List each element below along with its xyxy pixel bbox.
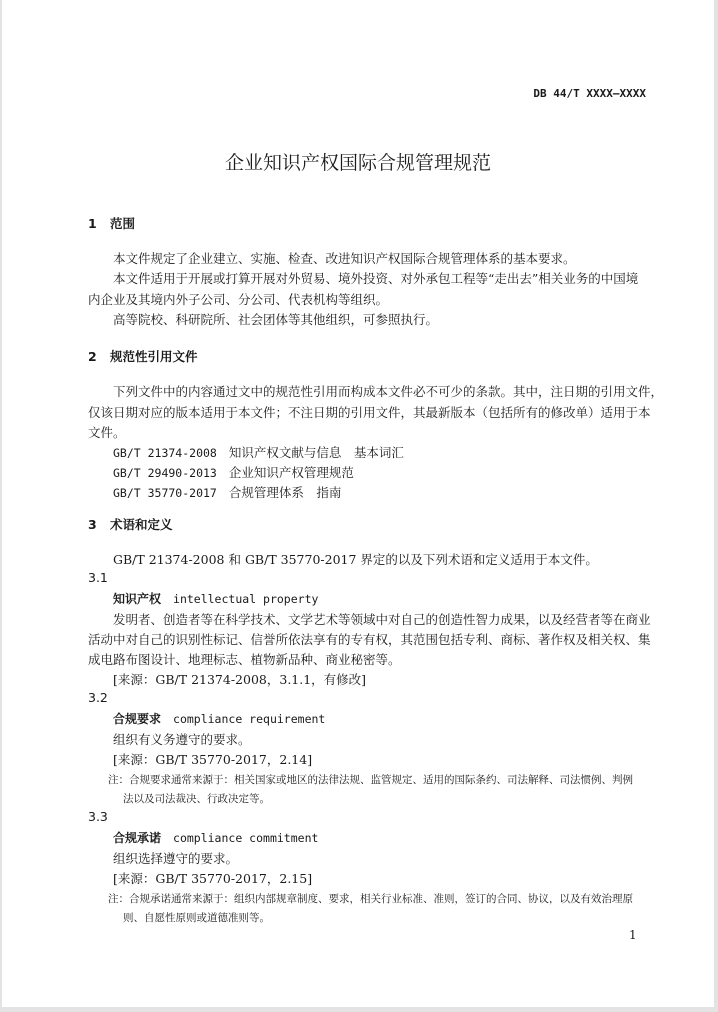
reference-item: GB/T 21374-2008知识产权文献与信息 基本词汇 <box>113 443 404 461</box>
term-zh: 知识产权 <box>113 592 161 606</box>
reference-title: 知识产权文献与信息 基本词汇 <box>229 445 404 460</box>
term-note: 注：合规承诺通常来源于：组织内部规章制度、要求，相关行业标准、准则，签订的合同、… <box>108 891 633 906</box>
term-source: [来源：GB/T 35770-2017，2.15] <box>113 869 312 887</box>
definition-continued: 活动中对自己的识别性标记、信誉所依法享有的专有权，其范围包括专利、商标、著作权及… <box>88 630 651 648</box>
section-heading-normative-references: 2规范性引用文件 <box>88 347 198 365</box>
standard-number: DB 44/T XXXX—XXXX <box>533 87 646 100</box>
term-source: [来源：GB/T 35770-2017，2.14] <box>113 750 312 768</box>
definition: 组织有义务遵守的要求。 <box>113 730 251 748</box>
term-en: intellectual property <box>173 592 318 606</box>
reference-title: 合规管理体系 指南 <box>229 485 342 500</box>
paragraph-continued: 内企业及其境内外子公司、分公司、代表机构等组织。 <box>88 290 388 308</box>
reference-code: GB/T 21374-2008 <box>113 446 217 460</box>
term-heading: 合规承诺compliance commitment <box>113 829 318 846</box>
reference-item: GB/T 29490-2013企业知识产权管理规范 <box>113 463 354 481</box>
paragraph-continued: 文件。 <box>88 423 126 441</box>
section-number: 3 <box>88 517 110 532</box>
section-number: 1 <box>88 216 110 231</box>
term-zh: 合规承诺 <box>113 831 161 845</box>
term-zh: 合规要求 <box>113 712 161 726</box>
term-note-continued: 法以及司法裁决、行政决定等。 <box>123 791 270 806</box>
paragraph: 本文件适用于开展或打算开展对外贸易、境外投资、对外承包工程等“走出去”相关业务的… <box>113 269 638 287</box>
paragraph: GB/T 21374-2008 和 GB/T 35770-2017 界定的以及下… <box>113 550 598 568</box>
definition-continued: 成电路布图设计、地理标志、植物新品种、商业秘密等。 <box>88 650 401 668</box>
paragraph-continued: 仅该日期对应的版本适用于本文件；不注日期的引用文件，其最新版本（包括所有的修改单… <box>88 403 651 421</box>
section-title: 术语和定义 <box>110 517 173 532</box>
section-heading-scope: 1范围 <box>88 214 135 232</box>
term-heading: 合规要求compliance requirement <box>113 710 325 727</box>
document-page: DB 44/T XXXX—XXXX 企业知识产权国际合规管理规范 1范围 本文件… <box>2 0 714 1007</box>
term-note-continued: 则、自愿性原则或道德准则等。 <box>123 910 270 925</box>
reference-code: GB/T 35770-2017 <box>113 486 217 500</box>
section-number: 2 <box>88 349 110 364</box>
definition: 发明者、创造者等在科学技术、文学艺术等领域中对自己的创造性智力成果，以及经营者等… <box>113 610 651 628</box>
section-title: 规范性引用文件 <box>110 349 198 364</box>
document-title: 企业知识产权国际合规管理规范 <box>2 148 714 175</box>
term-en: compliance requirement <box>173 712 325 726</box>
term-note: 注：合规要求通常来源于：相关国家或地区的法律法规、监管规定、适用的国际条约、司法… <box>108 772 633 787</box>
reference-code: GB/T 29490-2013 <box>113 466 217 480</box>
clause-number: 3.2 <box>88 690 108 705</box>
paragraph: 本文件规定了企业建立、实施、检查、改进知识产权国际合规管理体系的基本要求。 <box>113 249 576 267</box>
term-source: [来源：GB/T 21374-2008，3.1.1，有修改] <box>113 670 366 688</box>
reference-item: GB/T 35770-2017合规管理体系 指南 <box>113 483 341 501</box>
clause-number: 3.1 <box>88 570 108 585</box>
clause-number: 3.3 <box>88 809 108 824</box>
term-en: compliance commitment <box>173 831 318 845</box>
section-heading-terms-definitions: 3术语和定义 <box>88 515 173 533</box>
reference-title: 企业知识产权管理规范 <box>229 465 354 480</box>
paragraph: 下列文件中的内容通过文中的规范性引用而构成本文件必不可少的条款。其中，注日期的引… <box>113 382 663 400</box>
definition: 组织选择遵守的要求。 <box>113 849 238 867</box>
paragraph: 高等院校、科研院所、社会团体等其他组织，可参照执行。 <box>113 310 438 328</box>
page-number: 1 <box>629 928 637 942</box>
section-title: 范围 <box>110 216 135 231</box>
term-heading: 知识产权intellectual property <box>113 590 318 607</box>
